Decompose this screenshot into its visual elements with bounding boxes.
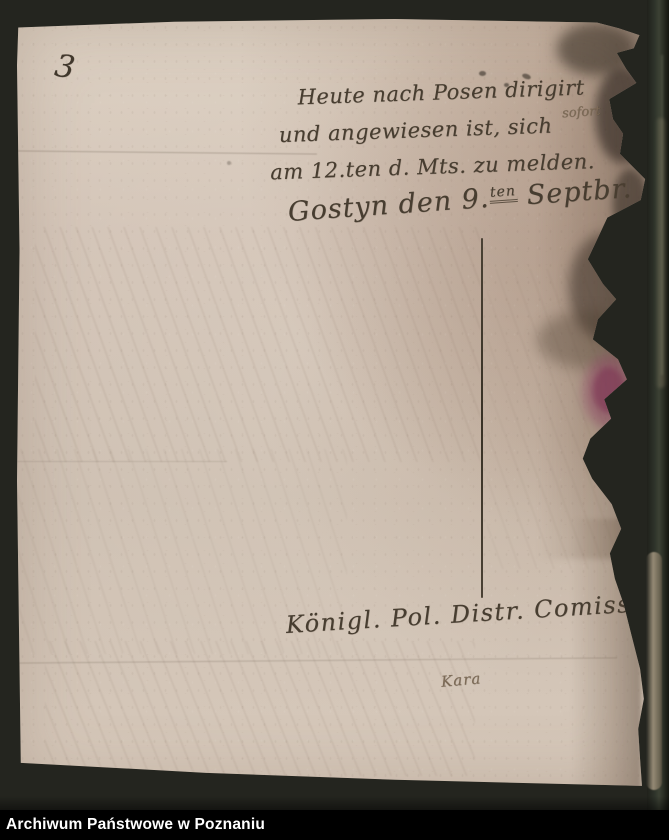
- archive-name-label: Archiwum Państwowe w Poznaniu: [6, 810, 265, 840]
- next-page-edge: [655, 118, 666, 388]
- signature-name: Kara: [440, 669, 482, 690]
- interlinear-insertion: sofort: [562, 104, 602, 122]
- curl-shadow: [571, 519, 641, 789]
- book-binding-edge: [647, 0, 669, 810]
- photo-backdrop: 3 Heute nach Posen dirigirt und angewies…: [0, 0, 669, 840]
- wax-seal-stain: [593, 367, 625, 413]
- archive-caption-bar: Archiwum Państwowe w Poznaniu: [0, 810, 669, 840]
- ink-speck: [227, 161, 231, 165]
- scorch-stain: [595, 67, 651, 163]
- handwritten-note: Heute nach Posen dirigirt und angewiesen…: [252, 69, 595, 192]
- paper-crease: [17, 461, 227, 462]
- scorch-stain: [537, 311, 641, 369]
- ink-divider-line: [481, 238, 483, 598]
- ink-bleed-through: [35, 227, 480, 462]
- paper-crease: [17, 657, 617, 663]
- page-number: 3: [52, 48, 77, 87]
- document-page: 3 Heute nach Posen dirigirt und angewies…: [17, 19, 647, 789]
- backdrop-fade: [0, 796, 669, 810]
- dateline-superscript: ten: [488, 183, 517, 204]
- page-curl-edge: [646, 552, 662, 790]
